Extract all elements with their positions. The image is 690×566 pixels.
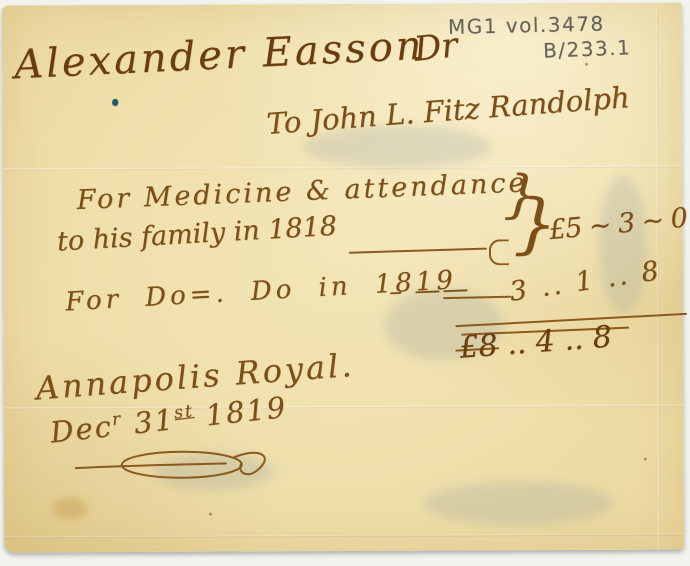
entry1-amount: £5 ~ 3 ~ 0 [548,203,689,247]
debtor-name: Alexander Easson [13,23,425,89]
ink-bleedthrough [424,481,614,526]
archive-ref-line2: B/233.1 [543,35,632,62]
paper-fold-edge [4,534,684,539]
entry2-dashes: – —— [389,274,471,307]
signature-flourish [74,444,284,489]
date-month-sup: r [111,409,123,430]
date-day-sup: st [173,401,195,423]
paper-stain [52,497,88,519]
entry1-dash-line [349,248,487,254]
archive-ref-line1: MG1 vol.3478 [448,11,605,38]
date-year: 1819 [204,390,289,433]
manuscript-paper: MG1 vol.3478 B/233.1 Alexander Easson Dr… [2,3,684,553]
paper-crease [3,166,683,171]
entry2-amount: 3 .. 1 .. 8 [508,255,664,308]
entry1-desc-line2: to his family in 1818 [56,211,338,258]
place-name: Annapolis Royal. [34,346,355,408]
ink-dot [112,99,118,106]
paper-speck [644,458,647,461]
date-day: 31 [132,402,176,440]
entry1-desc-line1: For Medicine & attendance [76,167,528,216]
date-month: Dec [48,409,114,450]
debit-abbreviation: Dr [412,25,460,69]
paper-speck [209,513,212,516]
entry1-dash-hook [489,239,509,265]
paper-speck [585,63,588,66]
